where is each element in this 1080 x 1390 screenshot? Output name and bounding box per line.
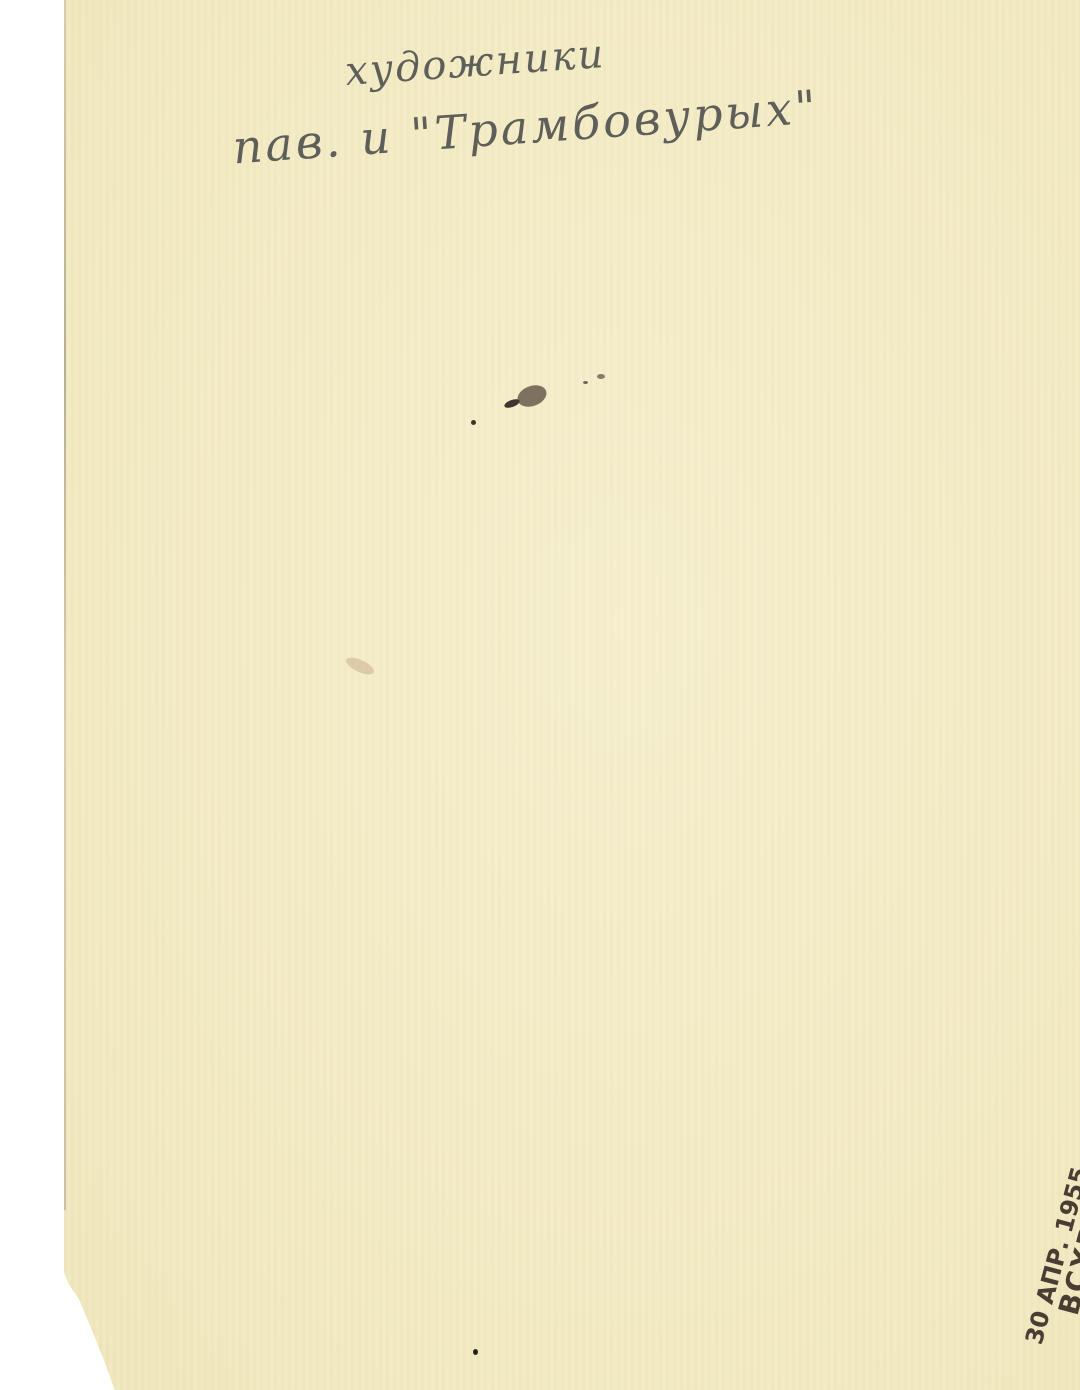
date-stamp: 30 АПР. 1955 ВСХВ — [990, 1140, 1080, 1340]
paper-left-edge — [64, 0, 66, 1210]
paper-sheet — [64, 0, 1080, 1390]
ink-dot — [471, 420, 476, 425]
ink-speck — [583, 381, 588, 384]
ink-dot — [473, 1349, 478, 1355]
ink-speck — [597, 374, 605, 379]
